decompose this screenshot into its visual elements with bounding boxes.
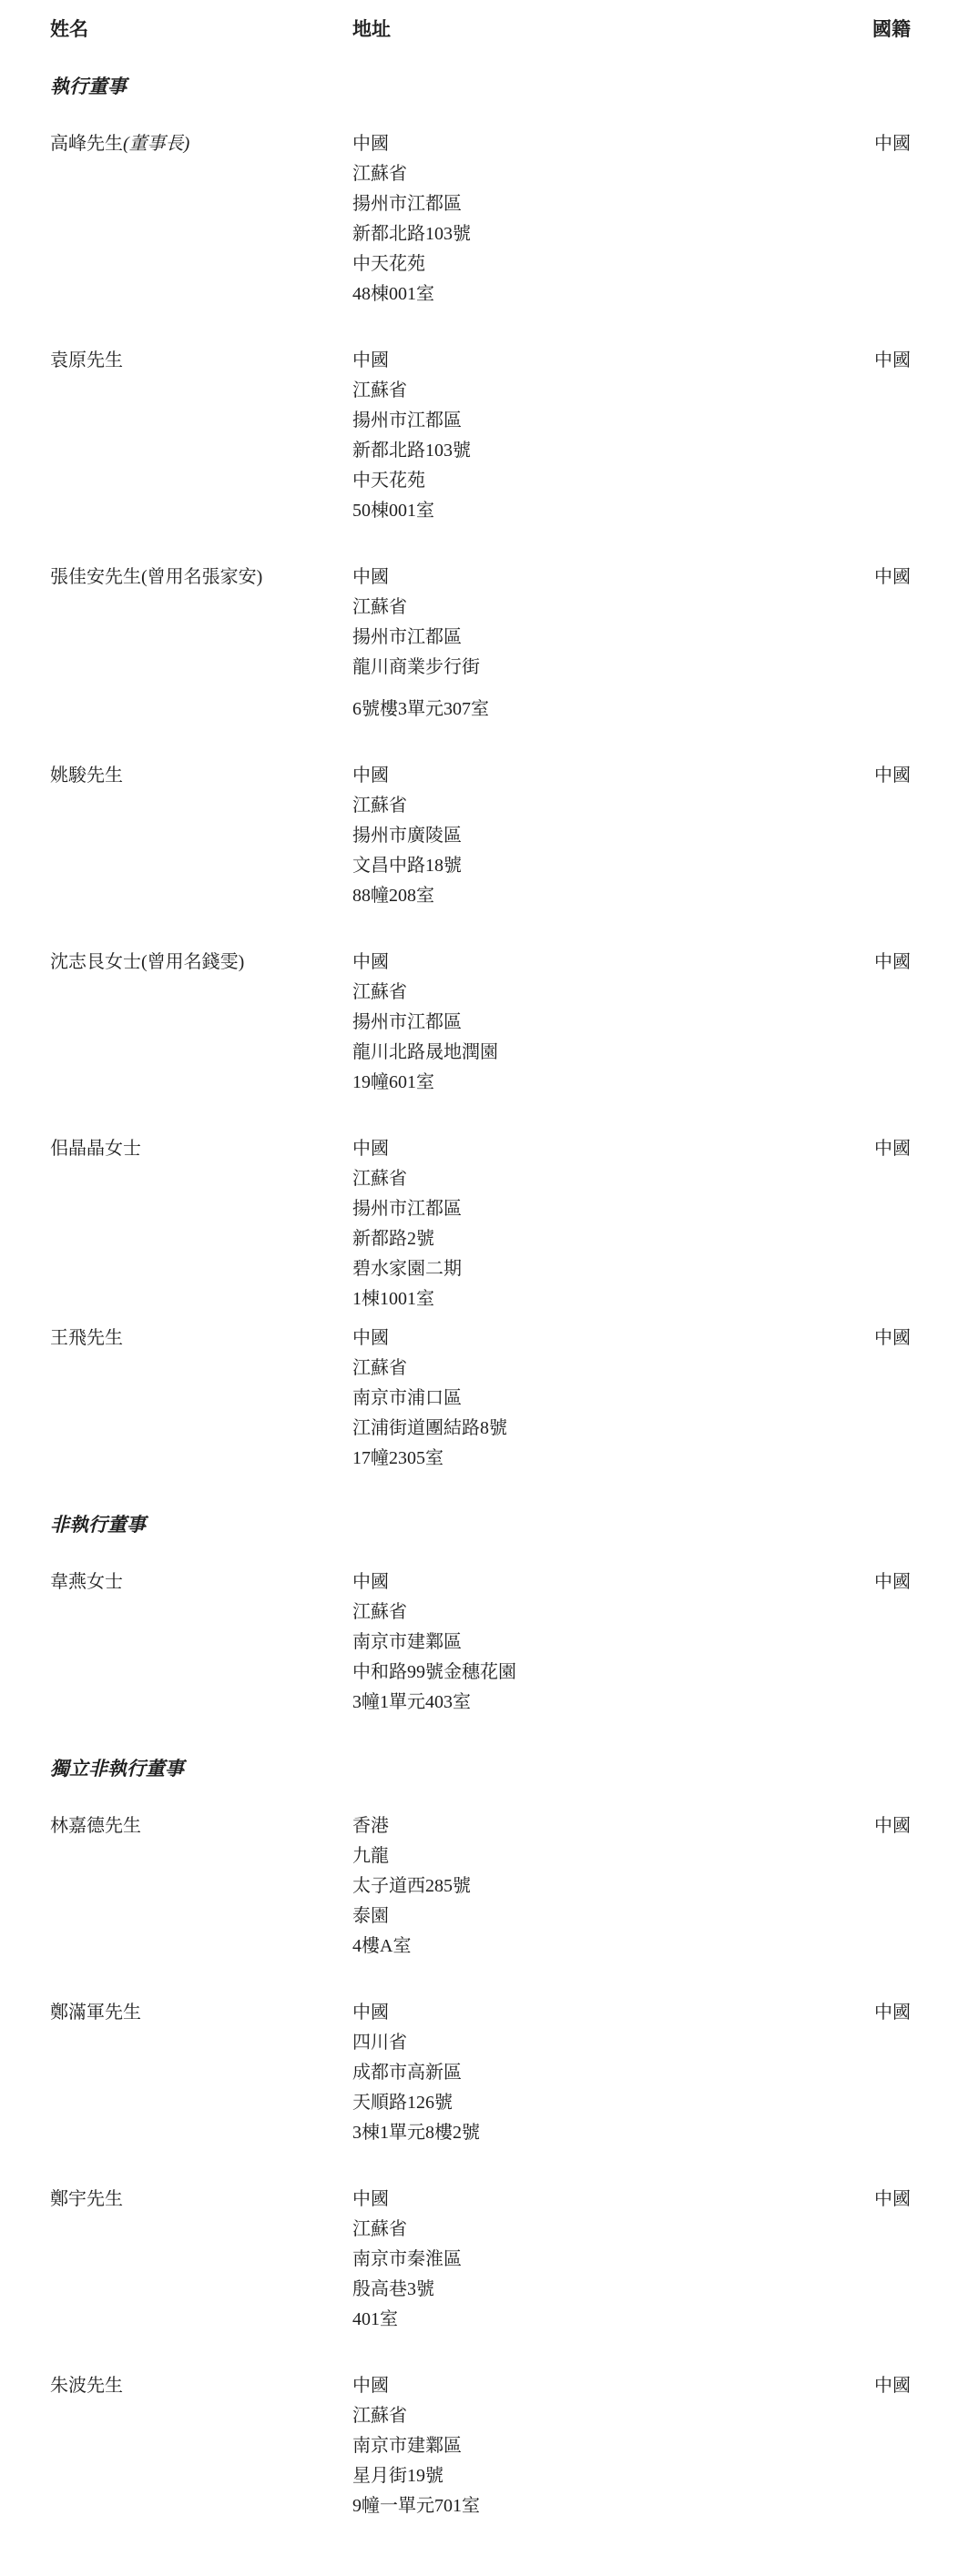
address-line: 19幢601室	[352, 1068, 801, 1098]
address-line: 3幢1單元403室	[352, 1688, 801, 1718]
address-line: 50棟001室	[352, 496, 801, 526]
director-address-cell: 中國江蘇省揚州市江都區新都北路103號中天花苑48棟001室	[352, 129, 801, 309]
address-line: 中國	[352, 2371, 801, 2401]
address-line: 中國	[352, 948, 801, 978]
address-line: 6號樓3單元307室	[352, 695, 801, 725]
director-address-cell: 中國江蘇省揚州市江都區新都北路103號中天花苑50棟001室	[352, 346, 801, 526]
director-name-text: 鄭宇先生	[50, 2189, 123, 2209]
address-line: 江蘇省	[352, 593, 801, 623]
address-line: 泰園	[352, 1902, 801, 1932]
address-line: 中和路99號金穗花園	[352, 1658, 801, 1688]
director-name-text: 張佳安先生(曾用名張家安)	[50, 567, 262, 587]
address-line: 江蘇省	[352, 791, 801, 821]
director-nationality-cell: 中國	[801, 1811, 911, 1841]
address-line: 香港	[352, 1811, 801, 1841]
address-line: 中國	[352, 129, 801, 159]
address-line: 中國	[352, 1323, 801, 1354]
address-line: 南京市建鄴區	[352, 2431, 801, 2461]
address-line: 揚州市江都區	[352, 406, 801, 436]
column-header-address: 地址	[352, 15, 801, 45]
address-line: 新都路2號	[352, 1224, 801, 1254]
director-row: 王飛先生中國江蘇省南京市浦口區江浦街道團結路8號17幢2305室中國	[50, 1323, 911, 1474]
director-address-cell: 中國江蘇省南京市浦口區江浦街道團結路8號17幢2305室	[352, 1323, 801, 1474]
address-line: 揚州市廣陵區	[352, 821, 801, 851]
director-row: 佀晶晶女士中國江蘇省揚州市江都區新都路2號碧水家園二期1棟1001室中國	[50, 1134, 911, 1314]
address-line: 南京市建鄴區	[352, 1628, 801, 1658]
director-row: 鄭宇先生中國江蘇省南京市秦淮區殷高巷3號401室中國	[50, 2185, 911, 2335]
address-line: 中國	[352, 2185, 801, 2215]
director-nationality-cell: 中國	[801, 1134, 911, 1164]
director-name-cell: 林嘉德先生	[50, 1811, 352, 1841]
address-line: 江蘇省	[352, 2401, 801, 2431]
address-line: 江蘇省	[352, 159, 801, 189]
director-row: 韋燕女士中國江蘇省南京市建鄴區中和路99號金穗花園3幢1單元403室中國	[50, 1567, 911, 1718]
director-name-cell: 沈志艮女士(曾用名錢雯)	[50, 948, 352, 978]
section-heading: 獨立非執行董事	[50, 1754, 911, 1784]
director-address-cell: 中國四川省成都市高新區天順路126號3棟1單元8樓2號	[352, 1998, 801, 2148]
address-line: 南京市秦淮區	[352, 2245, 801, 2275]
address-line: 龍川商業步行街	[352, 653, 801, 683]
director-name-cell: 鄭滿軍先生	[50, 1998, 352, 2028]
address-line: 新都北路103號	[352, 219, 801, 249]
director-name-cell: 王飛先生	[50, 1323, 352, 1354]
director-nationality-cell: 中國	[801, 563, 911, 593]
address-line: 401室	[352, 2305, 801, 2335]
director-name-text: 鄭滿軍先生	[50, 2003, 141, 2023]
address-line: 48棟001室	[352, 279, 801, 309]
address-line: 天順路126號	[352, 2088, 801, 2118]
director-row: 張佳安先生(曾用名張家安)中國江蘇省揚州市江都區龍川商業步行街6號樓3單元307…	[50, 563, 911, 725]
director-address-cell: 香港九龍太子道西285號泰園4樓A室	[352, 1811, 801, 1962]
director-name-cell: 朱波先生	[50, 2371, 352, 2401]
address-line: 中國	[352, 346, 801, 376]
address-line: 9幢一單元701室	[352, 2491, 801, 2521]
director-address-cell: 中國江蘇省揚州市江都區龍川北路晟地潤園19幢601室	[352, 948, 801, 1098]
director-name-text: 袁原先生	[50, 350, 123, 370]
address-line: 江蘇省	[352, 1597, 801, 1628]
director-name-cell: 高峰先生(董事長)	[50, 129, 352, 159]
director-address-cell: 中國江蘇省南京市秦淮區殷高巷3號401室	[352, 2185, 801, 2335]
director-name-text: 高峰先生	[50, 134, 123, 154]
address-line: 中國	[352, 1567, 801, 1597]
director-name-text: 朱波先生	[50, 2376, 123, 2396]
address-line: 江蘇省	[352, 2215, 801, 2245]
director-nationality-cell: 中國	[801, 1323, 911, 1354]
address-line: 中天花苑	[352, 249, 801, 279]
address-line: 九龍	[352, 1841, 801, 1871]
director-nationality-cell: 中國	[801, 346, 911, 376]
director-address-cell: 中國江蘇省南京市建鄴區星月街19號9幢一單元701室	[352, 2371, 801, 2521]
director-name-text: 姚駿先生	[50, 766, 123, 786]
address-line: 殷高巷3號	[352, 2275, 801, 2305]
director-row: 姚駿先生中國江蘇省揚州市廣陵區文昌中路18號88幢208室中國	[50, 761, 911, 911]
address-line: 江蘇省	[352, 376, 801, 406]
director-name-text: 韋燕女士	[50, 1572, 123, 1592]
address-line: 揚州市江都區	[352, 623, 801, 653]
address-line: 17幢2305室	[352, 1444, 801, 1474]
director-address-cell: 中國江蘇省揚州市廣陵區文昌中路18號88幢208室	[352, 761, 801, 911]
director-name-cell: 佀晶晶女士	[50, 1134, 352, 1164]
address-line: 中國	[352, 761, 801, 791]
director-name-note: (董事長)	[123, 134, 189, 154]
director-nationality-cell: 中國	[801, 1567, 911, 1597]
address-line: 新都北路103號	[352, 436, 801, 466]
address-line: 1棟1001室	[352, 1284, 801, 1314]
column-header-name: 姓名	[50, 15, 352, 45]
section-heading: 非執行董事	[50, 1510, 911, 1540]
directors-table-page: 姓名 地址 國籍 執行董事高峰先生(董事長)中國江蘇省揚州市江都區新都北路103…	[0, 0, 958, 2576]
director-nationality-cell: 中國	[801, 948, 911, 978]
address-line: 中國	[352, 1998, 801, 2028]
address-line: 成都市高新區	[352, 2058, 801, 2088]
address-line: 4樓A室	[352, 1932, 801, 1962]
address-line: 揚州市江都區	[352, 1008, 801, 1038]
director-nationality-cell: 中國	[801, 1998, 911, 2028]
address-line: 中天花苑	[352, 466, 801, 496]
address-line: 3棟1單元8樓2號	[352, 2118, 801, 2148]
table-header-row: 姓名 地址 國籍	[50, 15, 911, 45]
address-line: 揚州市江都區	[352, 189, 801, 219]
column-header-nationality: 國籍	[801, 15, 911, 45]
director-name-text: 林嘉德先生	[50, 1816, 141, 1836]
address-line: 龍川北路晟地潤園	[352, 1038, 801, 1068]
director-row: 鄭滿軍先生中國四川省成都市高新區天順路126號3棟1單元8樓2號中國	[50, 1998, 911, 2148]
director-row: 袁原先生中國江蘇省揚州市江都區新都北路103號中天花苑50棟001室中國	[50, 346, 911, 526]
address-line: 江蘇省	[352, 1354, 801, 1384]
director-address-cell: 中國江蘇省南京市建鄴區中和路99號金穗花園3幢1單元403室	[352, 1567, 801, 1718]
director-row: 高峰先生(董事長)中國江蘇省揚州市江都區新都北路103號中天花苑48棟001室中…	[50, 129, 911, 309]
address-line: 南京市浦口區	[352, 1384, 801, 1414]
director-name-text: 佀晶晶女士	[50, 1139, 141, 1159]
director-row: 沈志艮女士(曾用名錢雯)中國江蘇省揚州市江都區龍川北路晟地潤園19幢601室中國	[50, 948, 911, 1098]
director-name-text: 王飛先生	[50, 1328, 123, 1348]
address-line: 88幢208室	[352, 881, 801, 911]
director-nationality-cell: 中國	[801, 761, 911, 791]
director-row: 朱波先生中國江蘇省南京市建鄴區星月街19號9幢一單元701室中國	[50, 2371, 911, 2521]
address-line: 中國	[352, 1134, 801, 1164]
director-name-cell: 姚駿先生	[50, 761, 352, 791]
address-line: 太子道西285號	[352, 1871, 801, 1902]
address-line: 江浦街道團結路8號	[352, 1414, 801, 1444]
address-line: 揚州市江都區	[352, 1194, 801, 1224]
director-name-cell: 韋燕女士	[50, 1567, 352, 1597]
address-line: 星月街19號	[352, 2461, 801, 2491]
director-address-cell: 中國江蘇省揚州市江都區新都路2號碧水家園二期1棟1001室	[352, 1134, 801, 1314]
director-nationality-cell: 中國	[801, 129, 911, 159]
director-name-cell: 張佳安先生(曾用名張家安)	[50, 563, 352, 593]
table-body: 執行董事高峰先生(董事長)中國江蘇省揚州市江都區新都北路103號中天花苑48棟0…	[50, 72, 911, 2521]
address-line: 江蘇省	[352, 1164, 801, 1194]
address-line: 碧水家園二期	[352, 1254, 801, 1284]
address-line: 江蘇省	[352, 978, 801, 1008]
director-address-cell: 中國江蘇省揚州市江都區龍川商業步行街6號樓3單元307室	[352, 563, 801, 725]
director-name-text: 沈志艮女士(曾用名錢雯)	[50, 952, 244, 972]
address-line: 中國	[352, 563, 801, 593]
director-name-cell: 袁原先生	[50, 346, 352, 376]
director-nationality-cell: 中國	[801, 2371, 911, 2401]
director-row: 林嘉德先生香港九龍太子道西285號泰園4樓A室中國	[50, 1811, 911, 1962]
address-line: 文昌中路18號	[352, 851, 801, 881]
director-nationality-cell: 中國	[801, 2185, 911, 2215]
address-line: 四川省	[352, 2028, 801, 2058]
section-heading: 執行董事	[50, 72, 911, 102]
director-name-cell: 鄭宇先生	[50, 2185, 352, 2215]
